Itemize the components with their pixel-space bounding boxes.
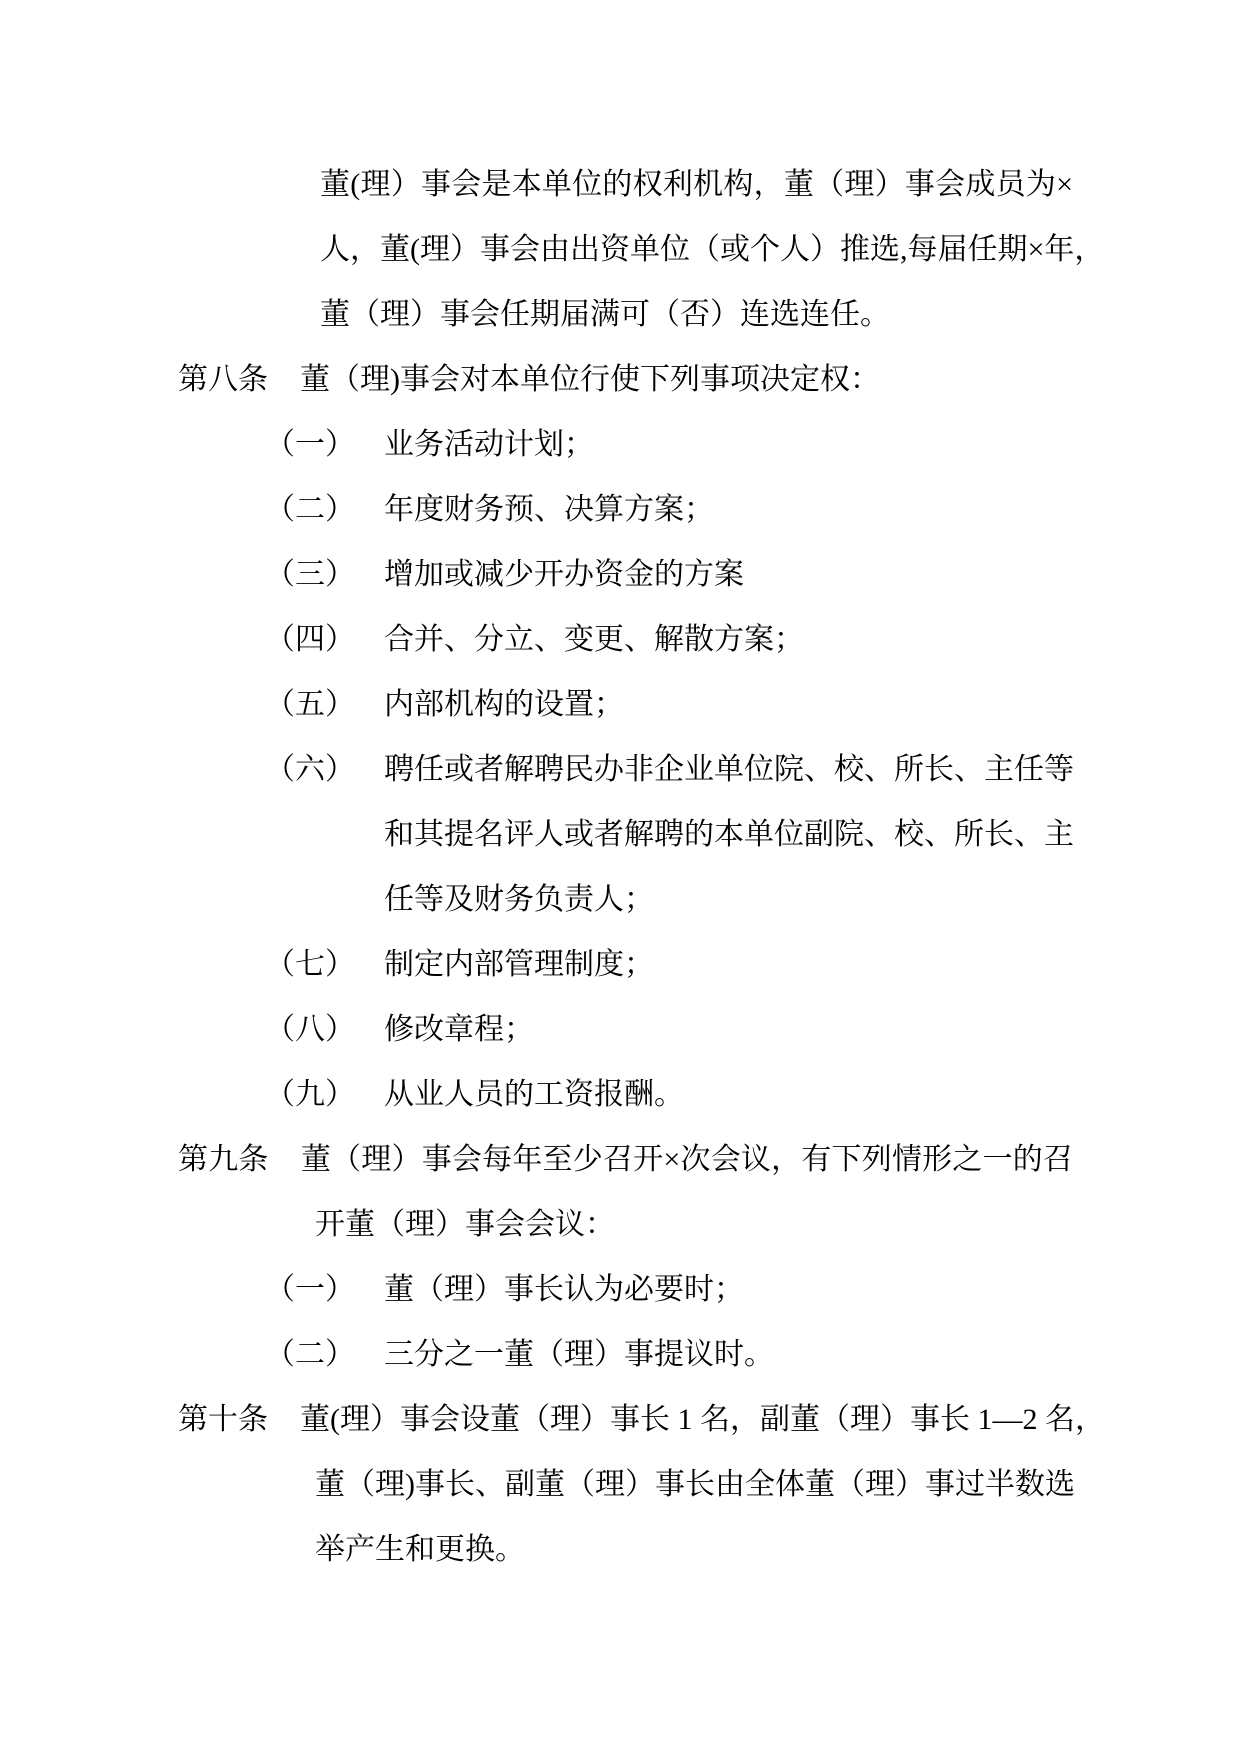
paragraph-article-8: 第八条董（理)事会对本单位行使下列事项决定权：	[178, 347, 1073, 412]
paragraph-article-10: 第十条董(理）事会设董（理）事长 1 名，副董（理）事长 1—2 名， 董（理)…	[178, 1387, 1073, 1582]
text-line: （二）三分之一董（理）事提议时。	[265, 1322, 1073, 1387]
text-line: 人，董(理）事会由出资单位（或个人）推选,每届任期×年，	[320, 217, 1073, 282]
list-item-9-1: （一）董（理）事长认为必要时；	[178, 1257, 1073, 1322]
text-line: 任等及财务负责人；	[384, 867, 1073, 932]
item-text: 合并、分立、变更、解散方案；	[384, 623, 804, 656]
text-line: （八）修改章程；	[265, 997, 1073, 1062]
text-line: 董(理）事会是本单位的权利机构，董（理）事会成员为×	[320, 152, 1073, 217]
text-line: 第八条董（理)事会对本单位行使下列事项决定权：	[178, 347, 1073, 412]
item-text: 董（理）事长认为必要时；	[384, 1273, 744, 1306]
list-marker: （五）	[265, 688, 355, 721]
list-marker: （六）	[265, 753, 355, 786]
item-text: 制定内部管理制度；	[384, 948, 654, 981]
list-marker: （四）	[265, 623, 355, 656]
text-line: （二）年度财务预、决算方案；	[265, 477, 1073, 542]
list-marker: （七）	[265, 948, 355, 981]
item-text: 增加或减少开办资金的方案	[384, 558, 744, 591]
item-text: 内部机构的设置；	[384, 688, 624, 721]
document-content: 董(理）事会是本单位的权利机构，董（理）事会成员为× 人，董(理）事会由出资单位…	[178, 152, 1073, 1582]
list-item-6: （六）聘任或者解聘民办非企业单位院、校、所长、主任等 和其提名评人或者解聘的本单…	[178, 737, 1073, 932]
text-line: 董（理）事会任期届满可（否）连选连任。	[320, 282, 1073, 347]
item-text: 年度财务预、决算方案；	[384, 493, 714, 526]
list-item-8: （八）修改章程；	[178, 997, 1073, 1062]
text-line: （四）合并、分立、变更、解散方案；	[265, 607, 1073, 672]
text-line: （五）内部机构的设置；	[265, 672, 1073, 737]
item-text: 从业人员的工资报酬。	[384, 1078, 684, 1111]
item-text: 修改章程；	[384, 1013, 534, 1046]
paragraph-continuation: 董(理）事会是本单位的权利机构，董（理）事会成员为× 人，董(理）事会由出资单位…	[178, 152, 1073, 347]
list-marker: （九）	[265, 1078, 355, 1111]
text-line: （七）制定内部管理制度；	[265, 932, 1073, 997]
list-marker: （三）	[265, 558, 355, 591]
text-line: （一）董（理）事长认为必要时；	[265, 1257, 1073, 1322]
list-item-3: （三）增加或减少开办资金的方案	[178, 542, 1073, 607]
text-line: 举产生和更换。	[315, 1517, 1073, 1582]
list-item-9-2: （二）三分之一董（理）事提议时。	[178, 1322, 1073, 1387]
list-item-2: （二）年度财务预、决算方案；	[178, 477, 1073, 542]
text-line: 第九条董（理）事会每年至少召开×次会议，有下列情形之一的召	[178, 1127, 1073, 1192]
text-line: （六）聘任或者解聘民办非企业单位院、校、所长、主任等	[265, 737, 1073, 802]
text-line: 第十条董(理）事会设董（理）事长 1 名，副董（理）事长 1—2 名，	[178, 1387, 1073, 1452]
text-line: （三）增加或减少开办资金的方案	[265, 542, 1073, 607]
article-text: 董（理）事会每年至少召开×次会议，有下列情形之一的召	[301, 1143, 1073, 1176]
list-item-4: （四）合并、分立、变更、解散方案；	[178, 607, 1073, 672]
list-item-5: （五）内部机构的设置；	[178, 672, 1073, 737]
article-text: 董（理)事会对本单位行使下列事项决定权：	[300, 363, 880, 396]
article-text: 董(理）事会设董（理）事长 1 名，副董（理）事长 1—2 名，	[300, 1403, 1105, 1436]
list-item-1: （一）业务活动计划；	[178, 412, 1073, 477]
text-line: 和其提名评人或者解聘的本单位副院、校、所长、主	[384, 802, 1073, 867]
list-marker: （一）	[265, 1273, 355, 1306]
list-marker: （二）	[265, 493, 355, 526]
article-number: 第九条	[178, 1143, 269, 1176]
list-marker: （八）	[265, 1013, 355, 1046]
article-number: 第十条	[178, 1403, 268, 1436]
text-line: 开董（理）事会会议：	[315, 1192, 1073, 1257]
item-text: 业务活动计划；	[384, 428, 594, 461]
list-item-7: （七）制定内部管理制度；	[178, 932, 1073, 997]
item-text: 三分之一董（理）事提议时。	[384, 1338, 774, 1371]
item-text: 聘任或者解聘民办非企业单位院、校、所长、主任等	[384, 753, 1074, 786]
article-number: 第八条	[178, 363, 268, 396]
text-line: 董（理)事长、副董（理）事长由全体董（理）事过半数选	[315, 1452, 1073, 1517]
text-line: （九）从业人员的工资报酬。	[265, 1062, 1073, 1127]
text-line: （一）业务活动计划；	[265, 412, 1073, 477]
list-marker: （一）	[265, 428, 355, 461]
paragraph-article-9: 第九条董（理）事会每年至少召开×次会议，有下列情形之一的召 开董（理）事会会议：	[178, 1127, 1073, 1257]
list-item-9: （九）从业人员的工资报酬。	[178, 1062, 1073, 1127]
document-page: 董(理）事会是本单位的权利机构，董（理）事会成员为× 人，董(理）事会由出资单位…	[0, 0, 1241, 1754]
list-marker: （二）	[265, 1338, 355, 1371]
